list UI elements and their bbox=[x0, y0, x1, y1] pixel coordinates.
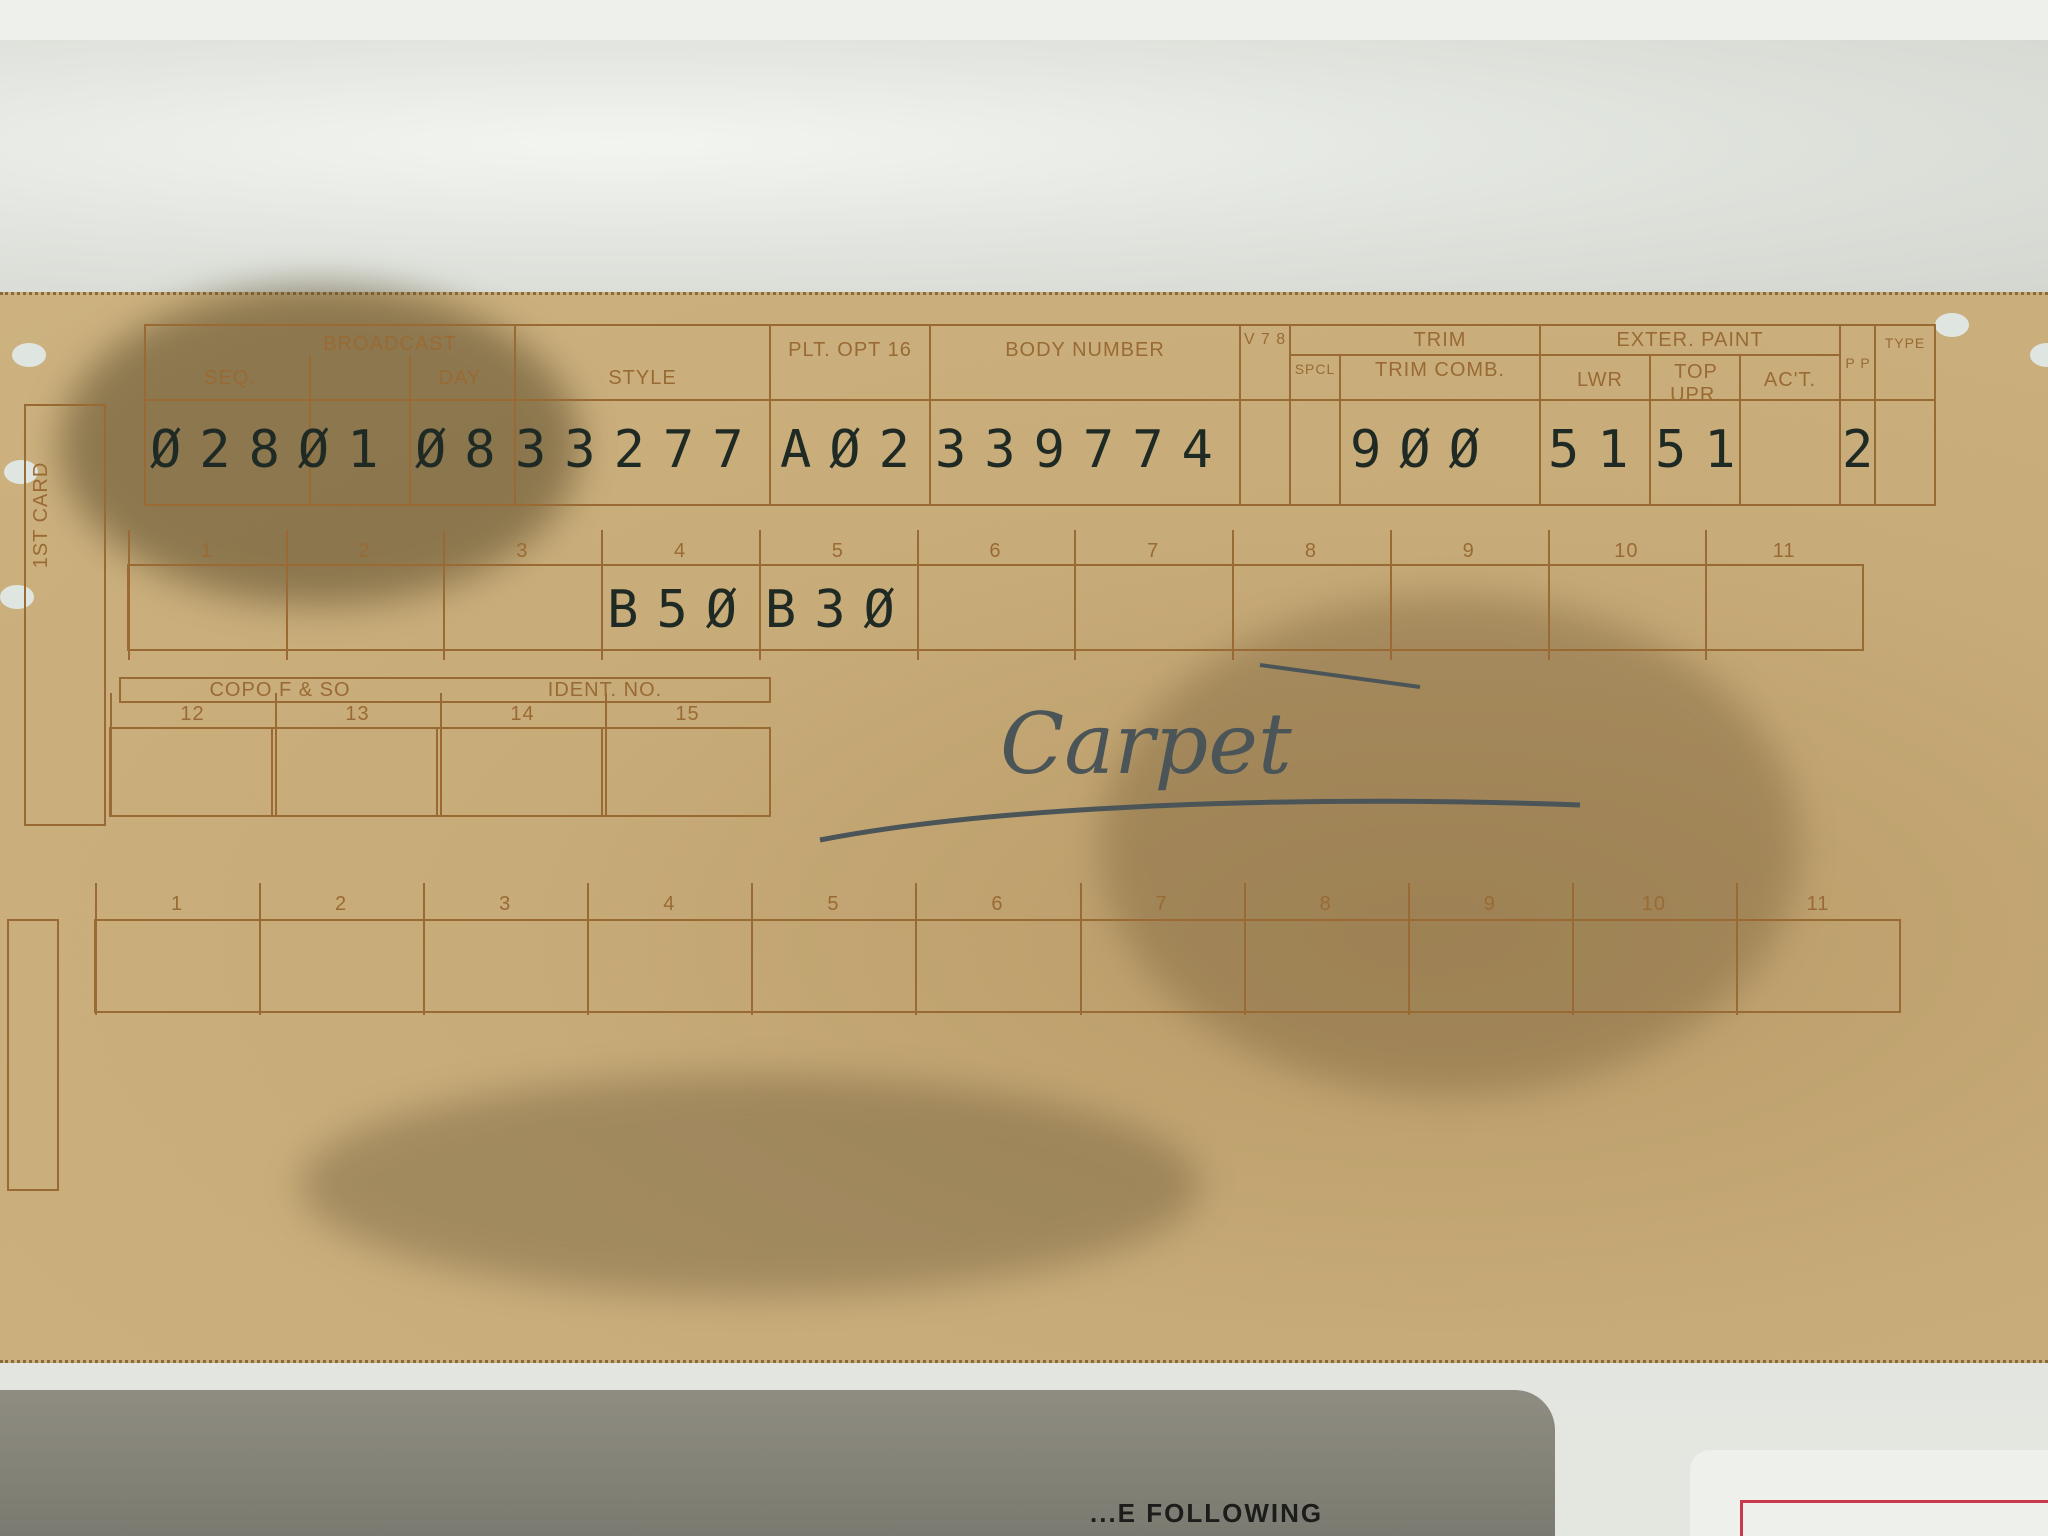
box-divider bbox=[1390, 530, 1392, 660]
metal-plate-text: ...E FOLLOWING bbox=[1090, 1498, 1323, 1529]
option-box-number: 2 bbox=[286, 540, 444, 563]
box-divider bbox=[1736, 883, 1738, 1015]
option-box-number: 15 bbox=[605, 703, 770, 726]
red-border bbox=[1740, 1500, 2048, 1536]
towel-background bbox=[0, 0, 2048, 42]
box-divider bbox=[440, 693, 442, 815]
top-upr-paint-value: 51 bbox=[1655, 420, 1754, 480]
box-divider bbox=[1232, 530, 1234, 660]
box-divider bbox=[1080, 883, 1082, 1015]
plastic-sleeve bbox=[0, 40, 2048, 300]
option-box-number: 3 bbox=[443, 540, 601, 563]
option-box-number: 8 bbox=[1244, 893, 1408, 916]
style-value: 33277 bbox=[515, 420, 762, 480]
plt-opt-label: PLT. OPT 16 bbox=[780, 339, 920, 362]
option-box-number: 1 bbox=[128, 540, 286, 563]
style-label: STYLE bbox=[515, 367, 770, 390]
broadcast-group-label: BROADCAST bbox=[300, 333, 480, 356]
option-box-number: 7 bbox=[1080, 893, 1244, 916]
seq-label: SEQ. bbox=[150, 367, 310, 390]
option-box-number: 4 bbox=[587, 893, 751, 916]
option-box-number: 1 bbox=[95, 893, 259, 916]
copo-label: COPO F & SO bbox=[120, 679, 440, 702]
option-box-number: 13 bbox=[275, 703, 440, 726]
plt-opt-value: AØ2 bbox=[780, 420, 928, 480]
exter-paint-label: EXTER. PAINT bbox=[1545, 329, 1835, 352]
box-divider bbox=[751, 883, 753, 1015]
option-box-number: 6 bbox=[915, 893, 1079, 916]
option-box-number: 5 bbox=[751, 893, 915, 916]
day-value: Ø8 bbox=[415, 420, 514, 480]
option-box-number: 7 bbox=[1074, 540, 1232, 563]
box-divider bbox=[443, 530, 445, 660]
box-divider bbox=[110, 693, 112, 815]
box-divider bbox=[1244, 883, 1246, 1015]
trim-comb-value: 9ØØ bbox=[1350, 420, 1498, 480]
trim-group-label: TRIM bbox=[1340, 329, 1540, 352]
box-divider bbox=[1408, 883, 1410, 1015]
seq-value: Ø28Ø1 bbox=[150, 420, 397, 480]
box-divider bbox=[1705, 530, 1707, 660]
option-box-value: B3Ø bbox=[765, 580, 913, 640]
v78-label: V 7 8 bbox=[1243, 331, 1287, 349]
box-divider bbox=[601, 530, 603, 660]
option-box-value: B5Ø bbox=[607, 580, 755, 640]
body-number-label: BODY NUMBER bbox=[990, 339, 1180, 362]
box-divider bbox=[286, 530, 288, 660]
body-number-value: 339774 bbox=[935, 420, 1231, 480]
lwr-paint-value: 51 bbox=[1548, 420, 1647, 480]
card-number-label: 1ST CARD bbox=[30, 435, 53, 595]
option-box-number: 14 bbox=[440, 703, 605, 726]
box-divider bbox=[128, 530, 130, 660]
box-divider bbox=[917, 530, 919, 660]
box-divider bbox=[275, 693, 277, 815]
type-label: TYPE bbox=[1876, 335, 1934, 351]
option-box-number: 3 bbox=[423, 893, 587, 916]
box-divider bbox=[1074, 530, 1076, 660]
option-box-number: 5 bbox=[759, 540, 917, 563]
act-label: AC'T. bbox=[1742, 369, 1838, 392]
box-divider bbox=[1572, 883, 1574, 1015]
box-divider bbox=[605, 693, 607, 815]
box-divider bbox=[1548, 530, 1550, 660]
option-box-number: 11 bbox=[1736, 893, 1900, 916]
day-label: DAY bbox=[410, 367, 510, 390]
option-box-number: 2 bbox=[259, 893, 423, 916]
option-box-number: 8 bbox=[1232, 540, 1390, 563]
pp-label: P P bbox=[1842, 355, 1874, 371]
box-divider bbox=[259, 883, 261, 1015]
trim-comb-label: TRIM COMB. bbox=[1360, 359, 1520, 382]
top-upr-label: TOP UPR. bbox=[1652, 361, 1740, 407]
box-divider bbox=[587, 883, 589, 1015]
option-box-number: 9 bbox=[1390, 540, 1548, 563]
option-box-number: 6 bbox=[917, 540, 1075, 563]
box-divider bbox=[95, 883, 97, 1015]
option-box-number: 4 bbox=[601, 540, 759, 563]
option-box-number: 9 bbox=[1408, 893, 1572, 916]
option-box-number: 10 bbox=[1548, 540, 1706, 563]
option-box-number: 10 bbox=[1572, 893, 1736, 916]
spcl-label: SPCL bbox=[1292, 361, 1338, 377]
handwritten-note: Carpet bbox=[1000, 695, 1292, 793]
box-divider bbox=[759, 530, 761, 660]
box-divider bbox=[915, 883, 917, 1015]
option-box-number: 12 bbox=[110, 703, 275, 726]
pp-value: 2 bbox=[1842, 420, 1891, 480]
broadcast-sheet-card: BROADCAST SEQ. DAY STYLE PLT. OPT 16 BOD… bbox=[0, 292, 2048, 1363]
option-box-number: 11 bbox=[1705, 540, 1863, 563]
box-divider bbox=[423, 883, 425, 1015]
lwr-label: LWR bbox=[1550, 369, 1650, 392]
